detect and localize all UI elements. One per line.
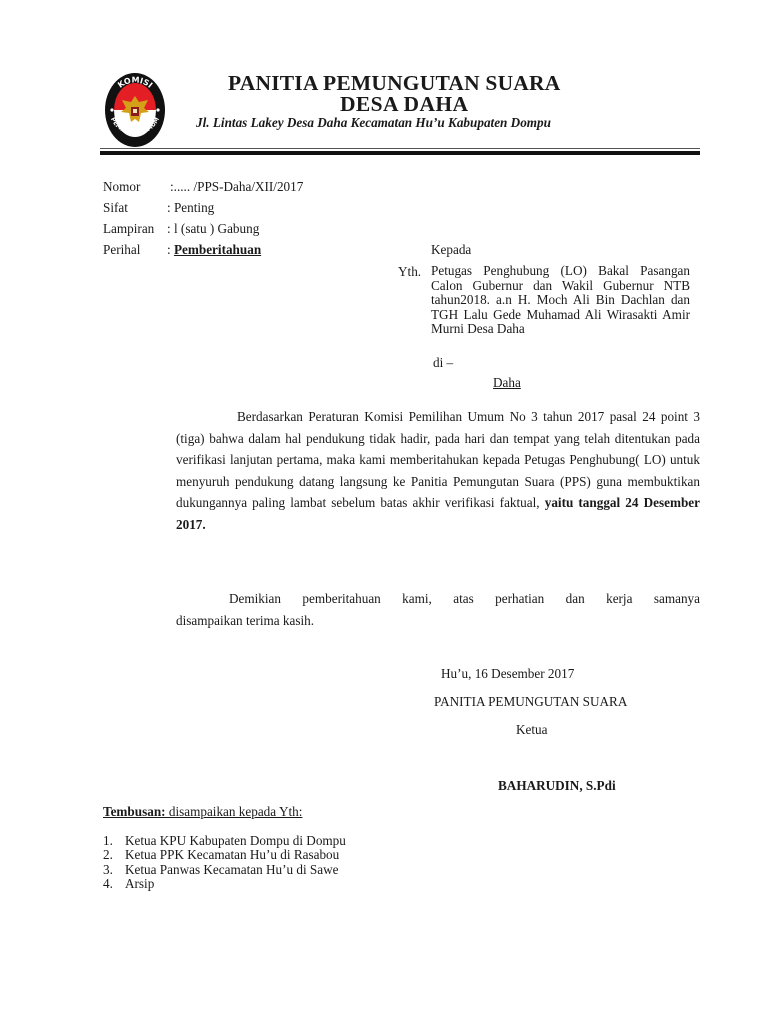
meta-value-nomor: :..... /PPS-Daha/XII/2017 [170,179,303,195]
list-item-number: 2. [103,848,125,862]
tembusan-label: Tembusan: [103,804,166,819]
letterhead-divider-thin [100,148,700,149]
place-date: Hu’u, 16 Desember 2017 [441,666,574,682]
meta-value-sifat: : Penting [167,200,214,216]
perihal-subject: Pemberitahuan [174,242,261,257]
recipient-place: Daha [493,375,521,391]
list-item-text: Ketua Panwas Kecamatan Hu’u di Sawe [125,862,339,877]
list-item-text: Ketua KPU Kabupaten Dompu di Dompu [125,833,346,848]
yth-label: Yth. [398,264,421,280]
list-item: 4.Arsip [103,877,346,891]
tembusan-list: 1.Ketua KPU Kabupaten Dompu di Dompu 2.K… [103,834,346,892]
list-item-number: 4. [103,877,125,891]
letterhead-subtitle: DESA DAHA [340,92,468,117]
body-paragraph-1: Berdasarkan Peraturan Komisi Pemilihan U… [176,406,700,536]
list-item-number: 3. [103,863,125,877]
letterhead-divider [100,151,700,155]
kepada-label: Kepada [431,242,471,258]
list-item: 2.Ketua PPK Kecamatan Hu’u di Rasabou [103,848,346,862]
meta-value-perihal: : Pemberitahuan [167,242,261,258]
perihal-colon: : [167,242,174,257]
body-paragraph-2: Demikian pemberitahuan kami, atas perhat… [176,588,700,632]
list-item: 3.Ketua Panwas Kecamatan Hu’u di Sawe [103,863,346,877]
body-paragraph-2-line1: Demikian pemberitahuan kami, atas perhat… [176,588,700,610]
meta-label-sifat: Sifat [103,200,128,216]
signature-position: Ketua [516,722,548,738]
meta-label-perihal: Perihal [103,242,140,258]
meta-label-lampiran: Lampiran [103,221,154,237]
tembusan-label-rest: disampaikan kepada Yth: [166,804,303,819]
list-item-number: 1. [103,834,125,848]
list-item-text: Arsip [125,876,154,891]
body-paragraph-2-line2: disampaikan terima kasih. [176,613,314,628]
list-item: 1.Ketua KPU Kabupaten Dompu di Dompu [103,834,346,848]
recipient-address: Petugas Penghubung (LO) Bakal Pasangan C… [431,264,690,337]
signatory-name: BAHARUDIN, S.Pdi [498,778,616,794]
di-label: di – [433,355,453,371]
list-item-text: Ketua PPK Kecamatan Hu’u di Rasabou [125,847,339,862]
signature-org: PANITIA PEMUNGUTAN SUARA [434,694,627,710]
letterhead-address: Jl. Lintas Lakey Desa Daha Kecamatan Hu’… [196,115,551,131]
meta-label-nomor: Nomor [103,179,140,195]
meta-value-lampiran: : l (satu ) Gabung [167,221,259,237]
kpu-emblem-icon: KOMISI PEMILIHAN UMUM [104,72,166,148]
tembusan-heading: Tembusan: disampaikan kepada Yth: [103,804,302,820]
